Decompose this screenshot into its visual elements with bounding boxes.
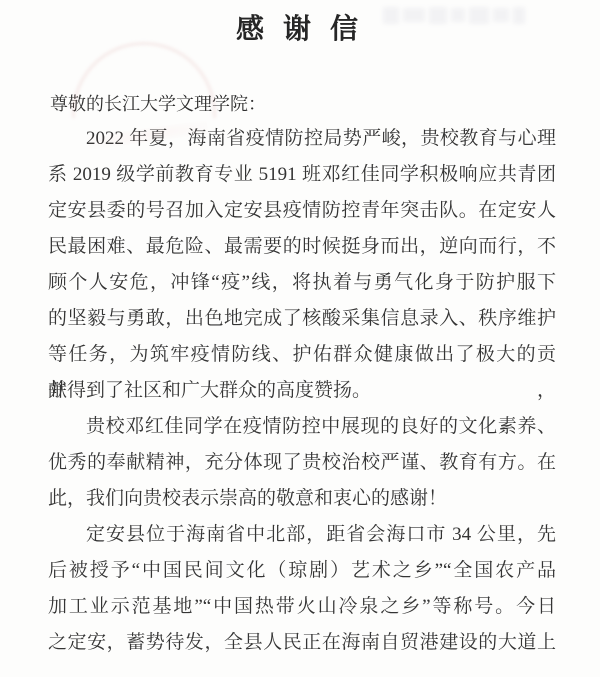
letter-title: 感 谢 信 (0, 0, 600, 45)
body-line: 的坚毅与勇敢，出色地完成了核酸采集信息录入、秩序维护 (48, 301, 556, 337)
body-line: 民最困难、最危险、最需要的时候挺身而出，逆向而行，不 (48, 229, 556, 265)
letter-page: 感 谢 信 尊敬的长江大学文理学院： 2022 年夏，海南省疫情防控局势严峻，贵… (0, 0, 600, 677)
body-line: 等任务，为筑牢疫情防线、护佑群众健康做出了极大的贡献， (48, 337, 556, 373)
body-line: 顾个人安危，冲锋“疫”线，将执着与勇气化身于防护服下 (48, 265, 556, 301)
body-line: 贵校邓红佳同学在疫情防控中展现的良好的文化素养、 (48, 409, 556, 445)
body-line: 此，我们向贵校表示崇高的敬意和衷心的感谢！ (48, 481, 556, 517)
salutation: 尊敬的长江大学文理学院： (0, 45, 600, 117)
body-line: 2022 年夏，海南省疫情防控局势严峻，贵校教育与心理 (48, 121, 556, 157)
body-line: 加工业示范基地”“中国热带火山冷泉之乡”等称号。今日 (48, 589, 556, 625)
letter-body: 2022 年夏，海南省疫情防控局势严峻，贵校教育与心理系 2019 级学前教育专… (0, 121, 600, 661)
body-line: 后被授予“中国民间文化（琼剧）艺术之乡”“全国农产品 (48, 553, 556, 589)
body-line: 之定安，蓄势待发，全县人民正在海南自贸港建设的大道上 (48, 625, 556, 661)
body-line: 优秀的奉献精神，充分体现了贵校治校严谨、教育有方。在 (48, 445, 556, 481)
body-line: 系 2019 级学前教育专业 5191 班邓红佳同学积极响应共青团 (48, 157, 556, 193)
body-line: 定安县位于海南省中北部，距省会海口市 34 公里，先 (48, 517, 556, 553)
body-line: 定安县委的号召加入定安县疫情防控青年突击队。在定安人 (48, 193, 556, 229)
